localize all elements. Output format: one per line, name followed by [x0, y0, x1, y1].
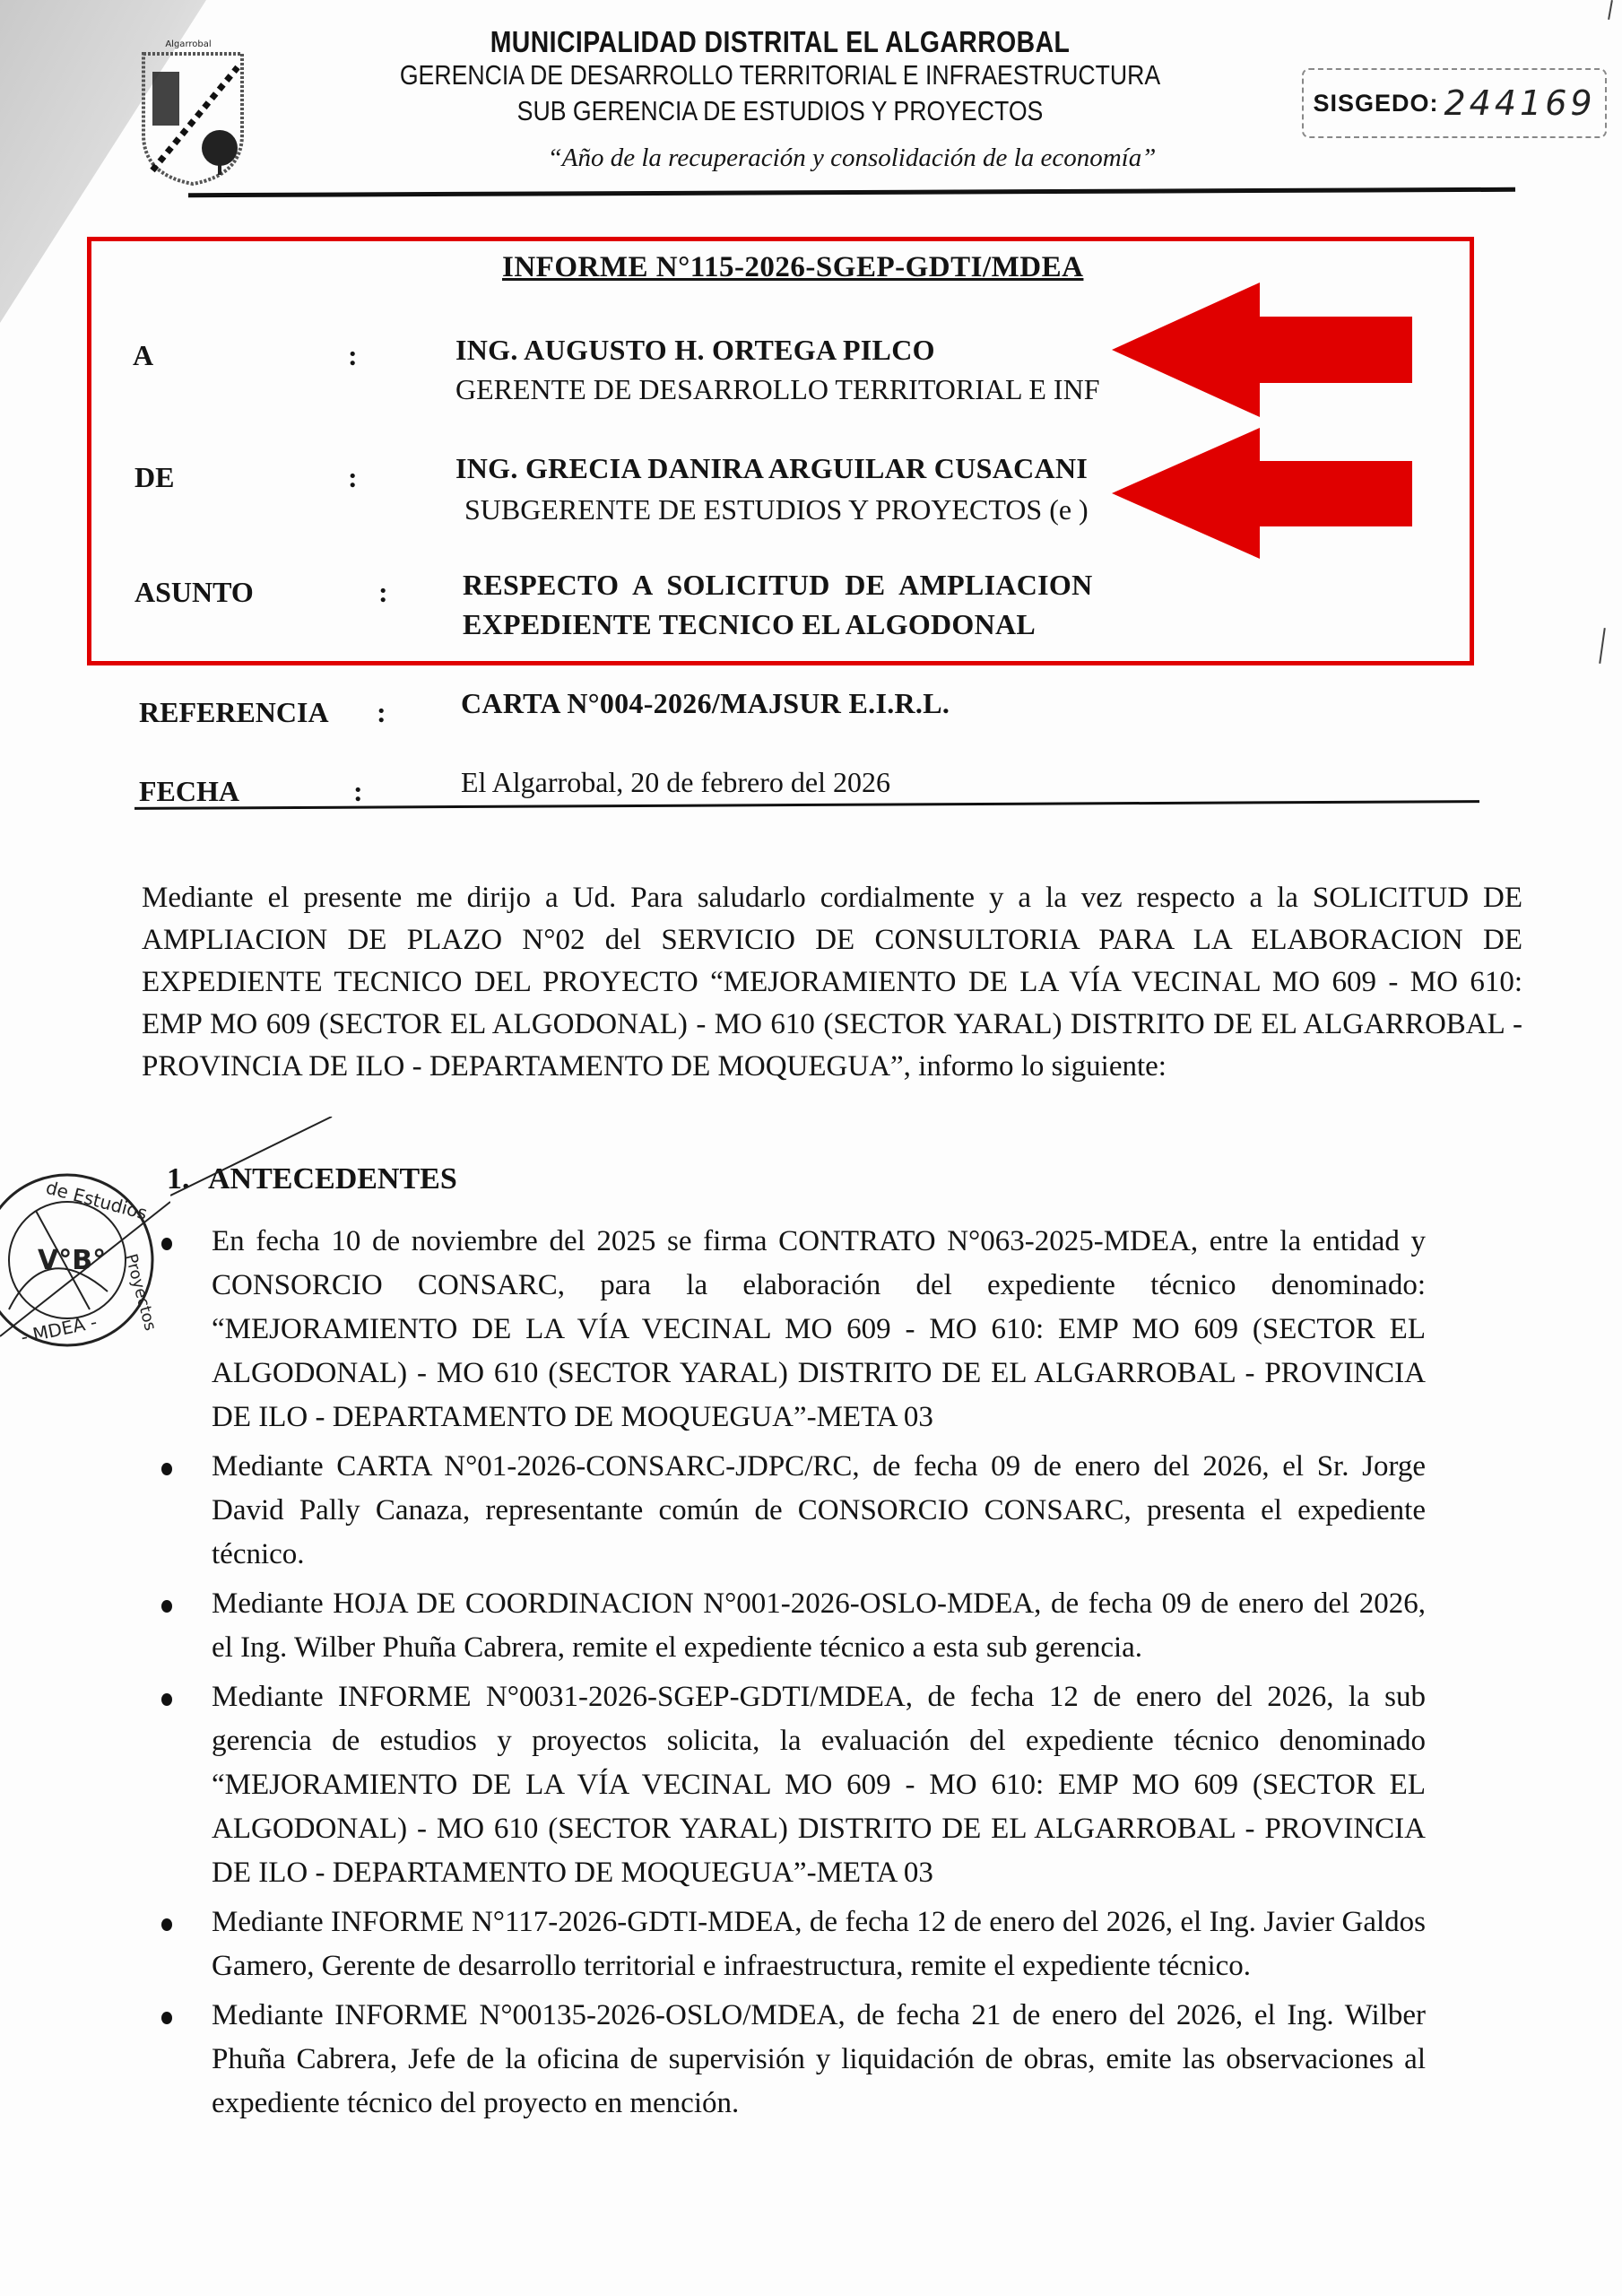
recipient-name: ING. AUGUSTO H. ORTEGA PILCO — [455, 334, 935, 367]
red-arrow-icon — [1112, 283, 1417, 417]
date-label: FECHA — [139, 775, 239, 808]
list-item: Mediante INFORME N°00135-2026-OSLO/MDEA,… — [161, 1994, 1426, 2126]
reference-colon: : — [377, 696, 386, 729]
header-divider — [188, 187, 1515, 197]
list-item: Mediante CARTA N°01-2026-CONSARC-JDPC/RC… — [161, 1445, 1426, 1577]
approval-stamp-icon: de Estudios Proyectos - MDEA - V°B° — [0, 1157, 170, 1363]
red-arrow-icon — [1112, 428, 1417, 562]
year-motto: “Año de la recuperación y consolidación … — [421, 143, 1282, 173]
subject-colon: : — [378, 576, 388, 609]
scan-mark — [1599, 628, 1606, 664]
report-title: INFORME N°115-2026-SGEP-GDTI/MDEA — [502, 251, 1083, 284]
list-item-text: Mediante INFORME N°00135-2026-OSLO/MDEA,… — [212, 1999, 1426, 2119]
list-item-text: Mediante INFORME N°117-2026-GDTI-MDEA, d… — [212, 1906, 1426, 1982]
department-name: GERENCIA DE DESARROLLO TERRITORIAL E INF… — [364, 59, 1197, 91]
from-label: DE — [134, 461, 174, 494]
list-item-text: Mediante CARTA N°01-2026-CONSARC-JDPC/RC… — [212, 1450, 1426, 1570]
subject-line-2: EXPEDIENTE TECNICO EL ALGODONAL — [463, 608, 1036, 641]
recipient-role: GERENTE DE DESARROLLO TERRITORIAL E INF — [455, 373, 1150, 406]
institution-name: MUNICIPALIDAD DISTRITAL EL ALGARROBAL — [364, 25, 1197, 59]
list-item: Mediante HOJA DE COORDINACION N°001-2026… — [161, 1582, 1426, 1670]
scan-mark — [1608, 0, 1613, 20]
to-label: A — [133, 339, 153, 372]
sub-department-name: SUB GERENCIA DE ESTUDIOS Y PROYECTOS — [364, 95, 1197, 127]
sisgedo-label: SISGEDO: — [1313, 90, 1438, 117]
list-item: Mediante INFORME N°117-2026-GDTI-MDEA, d… — [161, 1900, 1426, 1988]
bullet-icon — [161, 1918, 172, 1931]
list-item-text: Mediante HOJA DE COORDINACION N°001-2026… — [212, 1587, 1426, 1664]
list-item-text: Mediante INFORME N°0031-2026-SGEP-GDTI/M… — [212, 1681, 1426, 1889]
header-bottom-divider — [134, 800, 1479, 810]
to-colon: : — [348, 339, 358, 372]
bullet-icon — [161, 1600, 172, 1613]
reference-label: REFERENCIA — [139, 696, 329, 729]
list-item: En fecha 10 de noviembre del 2025 se fir… — [161, 1220, 1426, 1439]
list-item-text: En fecha 10 de noviembre del 2025 se fir… — [212, 1225, 1426, 1433]
from-colon: : — [348, 461, 358, 494]
sender-role: SUBGERENTE DE ESTUDIOS Y PROYECTOS (e ) — [464, 493, 1089, 526]
reference-value: CARTA N°004-2026/MAJSUR E.I.R.L. — [461, 687, 950, 720]
municipal-coat-of-arms-icon: Algarrobal — [134, 36, 251, 188]
bullet-icon — [161, 2012, 172, 2024]
signature-stroke-icon — [170, 1117, 350, 1197]
intro-paragraph: Mediante el presente me dirijo a Ud. Par… — [142, 877, 1522, 1088]
antecedentes-list: En fecha 10 de noviembre del 2025 se fir… — [161, 1220, 1426, 2131]
bullet-icon — [161, 1463, 172, 1475]
svg-text:Algarrobal: Algarrobal — [165, 39, 211, 49]
svg-text:de Estudios: de Estudios — [44, 1177, 150, 1224]
subject-line-1: RESPECTO A SOLICITUD DE AMPLIACION — [463, 569, 1093, 602]
subject-label: ASUNTO — [134, 576, 254, 609]
date-value: El Algarrobal, 20 de febrero del 2026 — [461, 766, 890, 799]
bullet-icon — [161, 1693, 172, 1706]
list-item: Mediante INFORME N°0031-2026-SGEP-GDTI/M… — [161, 1675, 1426, 1895]
sisgedo-number: 244169 — [1444, 83, 1595, 123]
sisgedo-stamp: SISGEDO: 244169 — [1302, 68, 1607, 138]
sender-name: ING. GRECIA DANIRA ARGUILAR CUSACANI — [455, 452, 1088, 485]
date-colon: : — [353, 775, 363, 808]
